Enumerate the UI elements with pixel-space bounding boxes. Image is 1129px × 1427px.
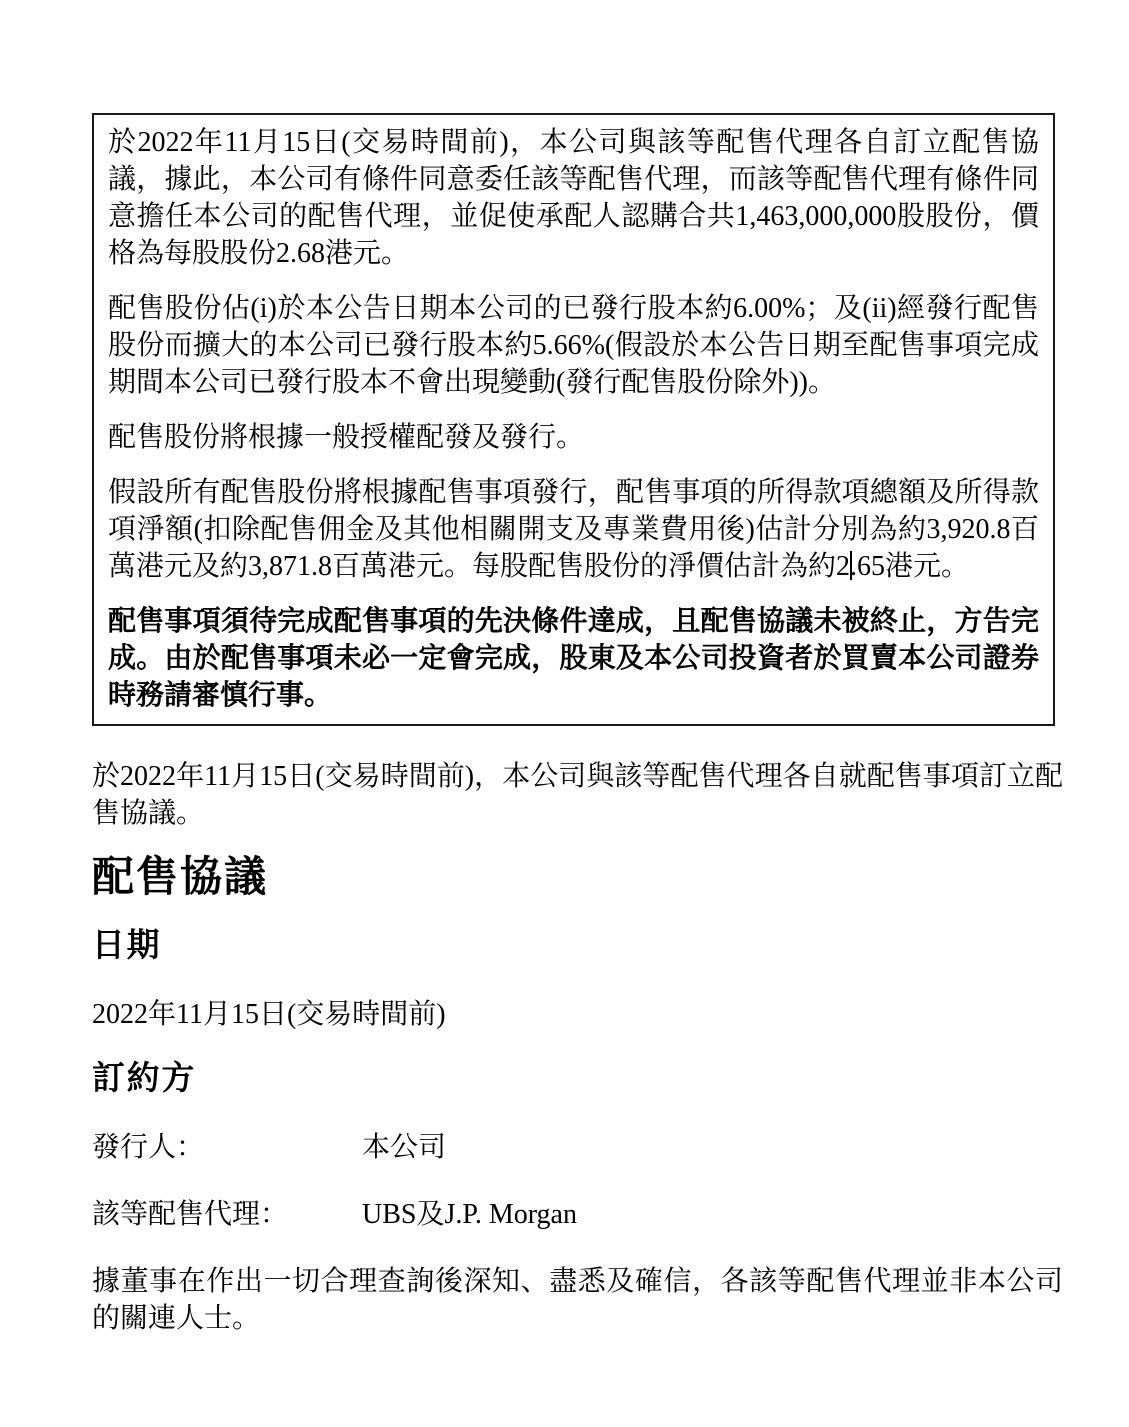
- party-row-placing-agents: 該等配售代理： UBS及J.P. Morgan: [92, 1196, 1063, 1233]
- party-label-placing-agents: 該等配售代理：: [92, 1196, 362, 1233]
- proceeds-text-after-cursor: .65港元。: [850, 551, 969, 582]
- party-value-placing-agents: UBS及J.P. Morgan: [362, 1196, 1063, 1233]
- date-value: 2022年11月15日(交易時間前): [92, 996, 1063, 1033]
- notice-paragraph-share-capital-percentages: 配售股份佔(i)於本公告日期本公司的已發行股本約6.00%；及(ii)經發行配售…: [108, 290, 1039, 401]
- notice-paragraph-warning-bold: 配售事項須待完成配售事項的先決條件達成，且配售協議未被終止，方告完成。由於配售事…: [108, 603, 1039, 714]
- announcement-page: 於2022年11月15日(交易時間前)，本公司與該等配售代理各自訂立配售協議，據…: [0, 0, 1129, 1427]
- closing-paragraph: 據董事在作出一切合理查詢後深知、盡悉及確信，各該等配售代理並非本公司的關連人士。: [92, 1263, 1063, 1337]
- subheading-parties: 訂約方: [92, 1061, 1063, 1098]
- notice-paragraph-placing-agreement: 於2022年11月15日(交易時間前)，本公司與該等配售代理各自訂立配售協議，據…: [108, 124, 1039, 272]
- subheading-date: 日期: [92, 928, 1063, 965]
- party-label-issuer: 發行人：: [92, 1129, 362, 1166]
- notice-paragraph-general-mandate: 配售股份將根據一般授權配發及發行。: [108, 419, 1039, 456]
- party-value-issuer: 本公司: [362, 1129, 1063, 1166]
- intro-paragraph: 於2022年11月15日(交易時間前)，本公司與該等配售代理各自就配售事項訂立配…: [92, 758, 1063, 832]
- notice-paragraph-proceeds: 假設所有配售股份將根據配售事項發行，配售事項的所得款項總額及所得款項淨額(扣除配…: [108, 474, 1039, 585]
- party-row-issuer: 發行人： 本公司: [92, 1129, 1063, 1166]
- section-heading-placing-agreement: 配售協議: [92, 860, 1063, 897]
- highlight-notice-box: 於2022年11月15日(交易時間前)，本公司與該等配售代理各自訂立配售協議，據…: [92, 113, 1055, 726]
- page-content: 於2022年11月15日(交易時間前)，本公司與該等配售代理各自訂立配售協議，據…: [92, 113, 1063, 1337]
